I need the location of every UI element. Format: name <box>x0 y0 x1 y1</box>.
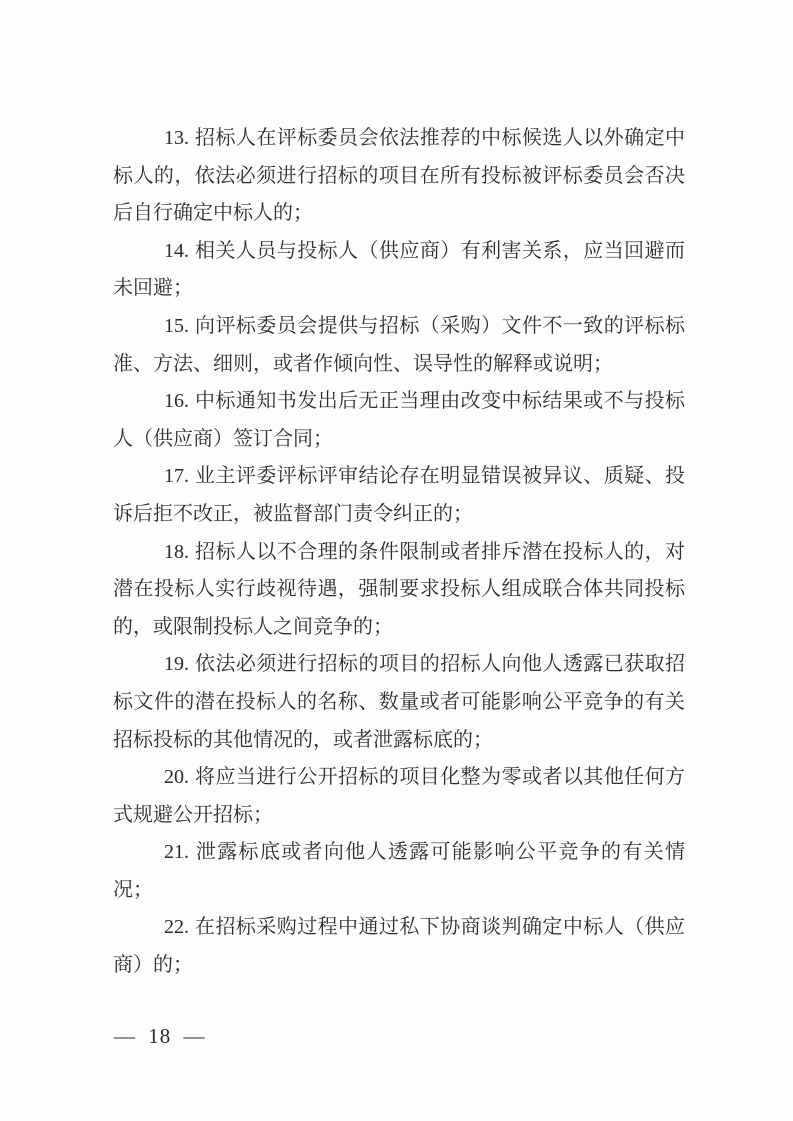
page-footer: — 18 — <box>114 1021 206 1051</box>
clause-21: 21.泄露标底或者向他人透露可能影响公平竞争的有关情况； <box>113 834 685 909</box>
clause-text: 业主评委评标评审结论存在明显错误被异议、质疑、投诉后拒不改正，被监督部门责令纠正… <box>113 465 685 525</box>
clause-text: 泄露标底或者向他人透露可能影响公平竞争的有关情况； <box>113 841 685 901</box>
clause-text: 依法必须进行招标的项目的招标人向他人透露已获取招标文件的潜在投标人的名称、数量或… <box>113 653 685 750</box>
clause-19: 19.依法必须进行招标的项目的招标人向他人透露已获取招标文件的潜在投标人的名称、… <box>113 646 685 759</box>
clause-number: 20. <box>164 766 195 788</box>
clause-22: 22.在招标采购过程中通过私下协商谈判确定中标人（供应商）的； <box>113 909 685 984</box>
clause-number: 22. <box>164 916 195 938</box>
clause-text: 向评标委员会提供与招标（采购）文件不一致的评标标准、方法、细则，或者作倾向性、误… <box>113 315 685 375</box>
clause-15: 15.向评标委员会提供与招标（采购）文件不一致的评标标准、方法、细则，或者作倾向… <box>113 308 685 383</box>
clause-number: 18. <box>164 541 195 563</box>
clause-list: 13.招标人在评标委员会依法推荐的中标候选人以外确定中标人的，依法必须进行招标的… <box>113 120 685 985</box>
clause-17: 17.业主评委评标评审结论存在明显错误被异议、质疑、投诉后拒不改正，被监督部门责… <box>113 458 685 533</box>
clause-14: 14.相关人员与投标人（供应商）有利害关系，应当回避而未回避； <box>113 233 685 308</box>
clause-number: 15. <box>164 315 195 337</box>
clause-number: 16. <box>164 390 195 412</box>
clause-text: 在招标采购过程中通过私下协商谈判确定中标人（供应商）的； <box>113 916 685 976</box>
clause-18: 18.招标人以不合理的条件限制或者排斥潜在投标人的，对潜在投标人实行歧视待遇，强… <box>113 534 685 647</box>
clause-text: 相关人员与投标人（供应商）有利害关系，应当回避而未回避； <box>113 240 685 300</box>
clause-number: 21. <box>164 841 195 863</box>
clause-text: 中标通知书发出后无正当理由改变中标结果或不与投标人（供应商）签订合同； <box>113 390 685 450</box>
document-page: 13.招标人在评标委员会依法推荐的中标候选人以外确定中标人的，依法必须进行招标的… <box>0 0 793 1121</box>
clause-number: 19. <box>164 653 195 675</box>
clause-20: 20.将应当进行公开招标的项目化整为零或者以其他任何方式规避公开招标； <box>113 759 685 834</box>
clause-number: 17. <box>164 465 195 487</box>
clause-text: 招标人在评标委员会依法推荐的中标候选人以外确定中标人的，依法必须进行招标的项目在… <box>113 127 685 224</box>
clause-number: 14. <box>164 240 195 262</box>
clause-13: 13.招标人在评标委员会依法推荐的中标候选人以外确定中标人的，依法必须进行招标的… <box>113 120 685 233</box>
clause-16: 16.中标通知书发出后无正当理由改变中标结果或不与投标人（供应商）签订合同； <box>113 383 685 458</box>
clause-text: 将应当进行公开招标的项目化整为零或者以其他任何方式规避公开招标； <box>113 766 685 826</box>
clause-text: 招标人以不合理的条件限制或者排斥潜在投标人的，对潜在投标人实行歧视待遇，强制要求… <box>113 541 685 638</box>
clause-number: 13. <box>164 127 195 149</box>
page-number: — 18 — <box>114 1024 206 1048</box>
